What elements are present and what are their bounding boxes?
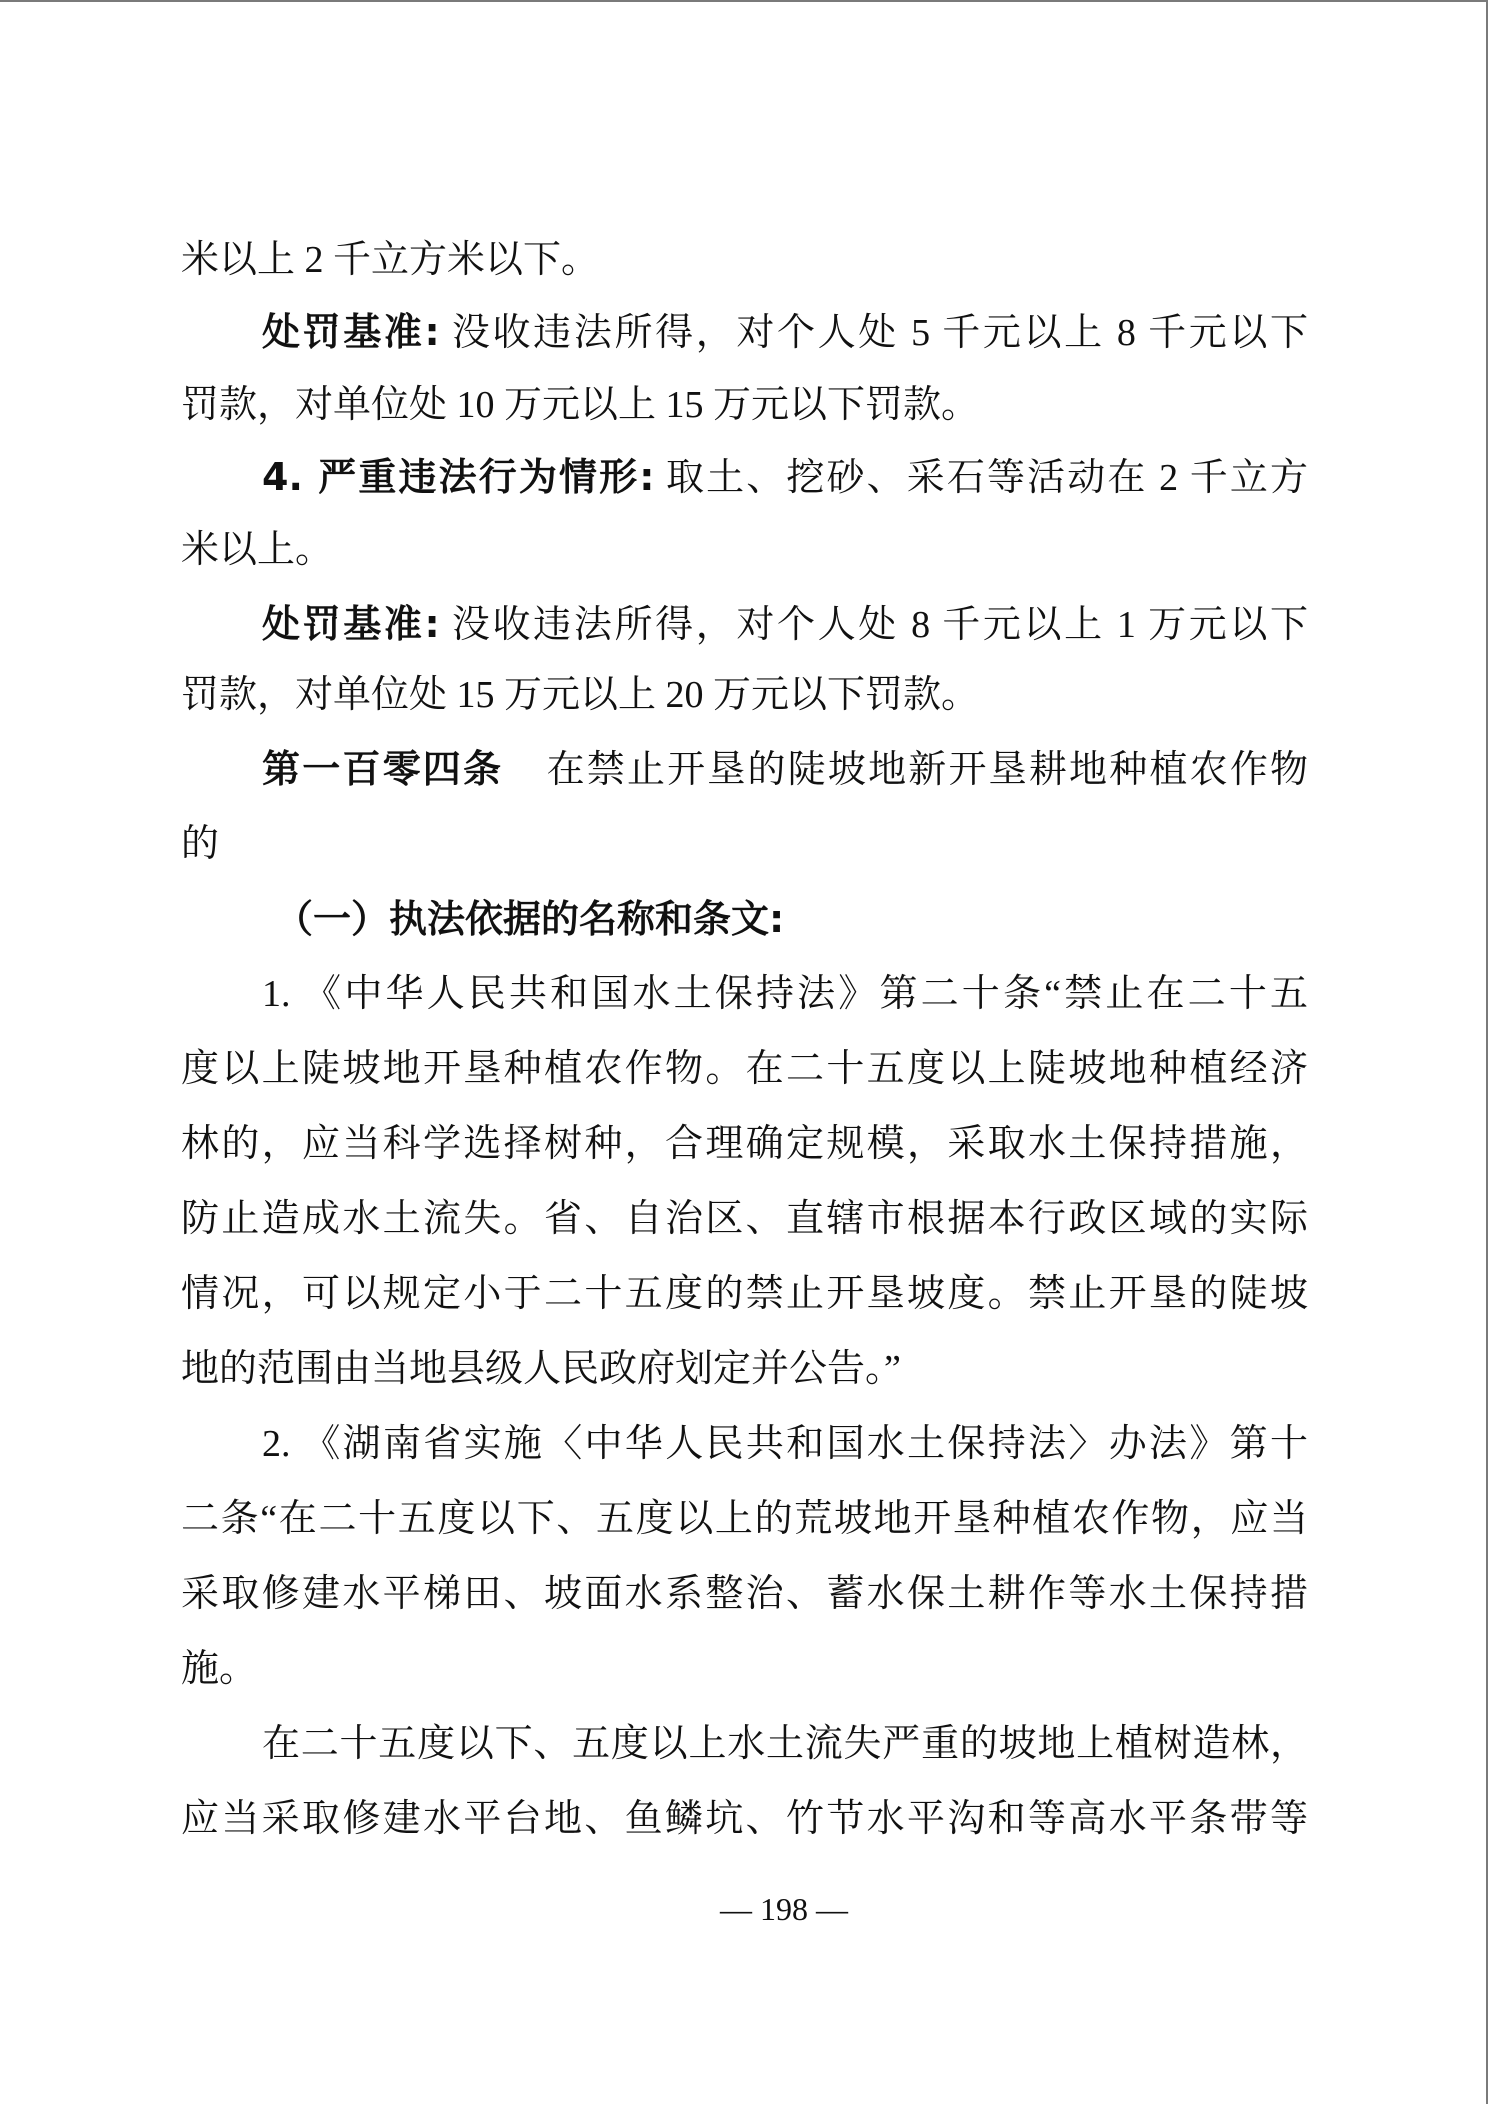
article-title: 在禁止开垦的陡坡地新开垦耕地种植农作物	[547, 749, 1308, 791]
text-line: 的	[181, 822, 1308, 866]
text-line: 米以上 2 千立方米以下。	[181, 238, 1308, 282]
text-line: 林的，应当科学选择树种，合理确定规模，采取水土保持措施，	[181, 1122, 1308, 1166]
line-text: 采取修建水平梯田、坡面水系整治、蓄水保土耕作等水土保持措	[181, 1573, 1308, 1615]
line-text: 度以上陡坡地开垦种植农作物。在二十五度以上陡坡地种植经济	[181, 1048, 1308, 1090]
text-line: 防止造成水土流失。省、自治区、直辖市根据本行政区域的实际	[181, 1197, 1308, 1241]
text-line: 应当采取修建水平台地、鱼鳞坑、竹节水平沟和等高水平条带等	[181, 1797, 1308, 1841]
text-line: 二条“在二十五度以下、五度以上的荒坡地开垦种植农作物，应当	[181, 1497, 1308, 1541]
line-text: 的	[181, 823, 219, 865]
section-heading-text: （一）执法依据的名称和条文:	[275, 897, 784, 941]
text-line: 情况，可以规定小于二十五度的禁止开垦坡度。禁止开垦的陡坡	[181, 1272, 1308, 1316]
line-text: 罚款，对单位处 10 万元以上 15 万元以下罚款。	[181, 384, 979, 426]
text-line: 地的范围由当地县级人民政府划定并公告。”	[181, 1347, 1308, 1391]
line-text: 没收违法所得，对个人处 8 千元以上 1 万元以下	[452, 604, 1308, 646]
line-text: 在二十五度以下、五度以上水土流失严重的坡地上植树造林，	[262, 1723, 1308, 1765]
penalty-standard-line: 处罚基准: 没收违法所得，对个人处 5 千元以上 8 千元以下	[262, 310, 1308, 354]
text-line: 米以上。	[181, 528, 1308, 572]
line-text: 2. 《湖南省实施〈中华人民共和国水土保持法〉办法》第十	[262, 1423, 1308, 1465]
text-line: 施。	[181, 1647, 1308, 1691]
text-line: 罚款，对单位处 10 万元以上 15 万元以下罚款。	[181, 383, 1308, 427]
line-text: 米以上。	[181, 529, 333, 571]
line-text: 地的范围由当地县级人民政府划定并公告。”	[181, 1348, 901, 1390]
line-text: 应当采取修建水平台地、鱼鳞坑、竹节水平沟和等高水平条带等	[181, 1798, 1308, 1840]
line-text: 1. 《中华人民共和国水土保持法》第二十条“禁止在二十五	[262, 973, 1308, 1015]
penalty-standard-line: 处罚基准: 没收违法所得，对个人处 8 千元以上 1 万元以下	[262, 602, 1308, 646]
article-heading-line: 第一百零四条 在禁止开垦的陡坡地新开垦耕地种植农作物	[262, 747, 1308, 791]
section-heading: （一）执法依据的名称和条文:	[275, 897, 1308, 941]
serious-violation-line: 4. 严重违法行为情形: 取土、挖砂、采石等活动在 2 千立方	[262, 455, 1308, 499]
article-number: 第一百零四条	[262, 747, 503, 791]
line-text: 二条“在二十五度以下、五度以上的荒坡地开垦种植农作物，应当	[181, 1498, 1308, 1540]
penalty-standard-label: 处罚基准:	[262, 310, 440, 354]
text-line: 罚款，对单位处 15 万元以上 20 万元以下罚款。	[181, 673, 1308, 717]
text-line: 2. 《湖南省实施〈中华人民共和国水土保持法〉办法》第十	[262, 1422, 1308, 1466]
line-text: 情况，可以规定小于二十五度的禁止开垦坡度。禁止开垦的陡坡	[181, 1273, 1308, 1315]
document-page: 米以上 2 千立方米以下。 处罚基准: 没收违法所得，对个人处 5 千元以上 8…	[0, 0, 1488, 2104]
serious-violation-label: 4. 严重违法行为情形:	[262, 455, 654, 499]
line-text: 罚款，对单位处 15 万元以上 20 万元以下罚款。	[181, 674, 979, 716]
text-line: 1. 《中华人民共和国水土保持法》第二十条“禁止在二十五	[262, 972, 1308, 1016]
penalty-standard-label: 处罚基准:	[262, 602, 440, 646]
line-text: 施。	[181, 1648, 257, 1690]
page-number: — 198 —	[700, 1890, 868, 1928]
line-text: 米以上 2 千立方米以下。	[181, 239, 599, 281]
text-line: 采取修建水平梯田、坡面水系整治、蓄水保土耕作等水土保持措	[181, 1572, 1308, 1616]
line-text: 没收违法所得，对个人处 5 千元以上 8 千元以下	[452, 312, 1308, 354]
line-text: 防止造成水土流失。省、自治区、直辖市根据本行政区域的实际	[181, 1198, 1308, 1240]
text-line: 在二十五度以下、五度以上水土流失严重的坡地上植树造林，	[262, 1722, 1308, 1766]
line-text: 林的，应当科学选择树种，合理确定规模，采取水土保持措施，	[181, 1123, 1308, 1165]
text-line: 度以上陡坡地开垦种植农作物。在二十五度以上陡坡地种植经济	[181, 1047, 1308, 1091]
line-text: 取土、挖砂、采石等活动在 2 千立方	[666, 457, 1308, 499]
